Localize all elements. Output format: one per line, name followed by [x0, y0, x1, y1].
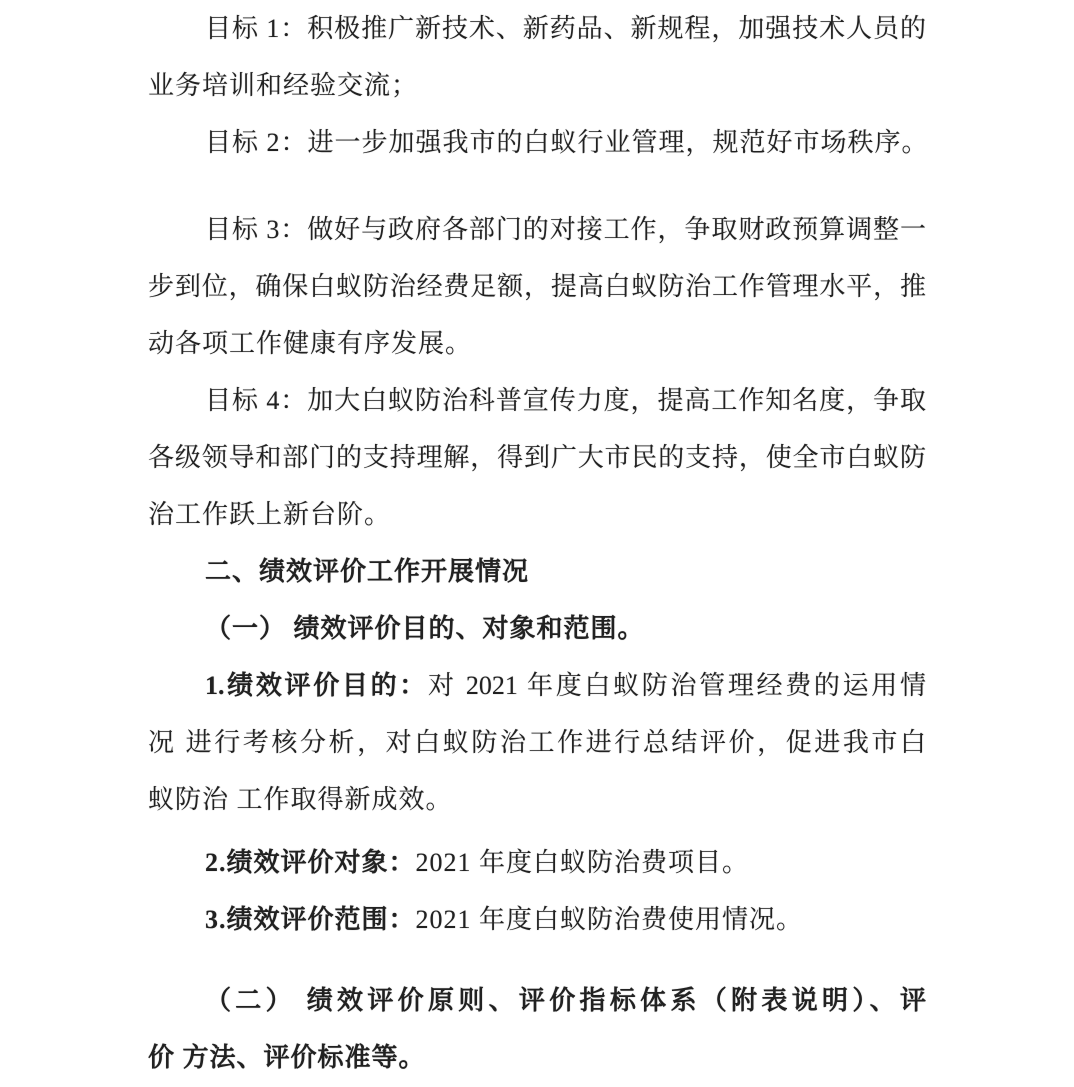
section2-sub1-heading: （一） 绩效评价目的、对象和范围。 — [148, 600, 926, 657]
item3-label: 3.绩效评价范围： — [205, 905, 416, 934]
item2-text: 2021 年度白蚁防治费项目。 — [416, 848, 750, 877]
item3-line: 3.绩效评价范围：2021 年度白蚁防治费使用情况。 — [148, 891, 926, 948]
item1-label: 1.绩效评价目的： — [205, 671, 428, 700]
goal4-line1: 目标 4：加大白蚁防治科普宣传力度，提高工作知名度，争取 — [148, 372, 926, 429]
goal3-line1: 目标 3：做好与政府各部门的对接工作，争取财政预算调整一 — [148, 201, 926, 258]
item3-text: 2021 年度白蚁防治费使用情况。 — [416, 905, 804, 934]
item1-line2: 况 进行考核分析，对白蚁防治工作进行总结评价，促进我市白 — [148, 714, 926, 771]
item1-text: 对 2021 年度白蚁防治管理经费的运用情 — [428, 671, 926, 700]
goal2-line1: 目标 2：进一步加强我市的白蚁行业管理，规范好市场秩序。 — [148, 114, 926, 171]
goal4-line3: 治工作跃上新台阶。 — [148, 486, 926, 543]
document-content: 目标 1：积极推广新技术、新药品、新规程，加强技术人员的 业务培训和经验交流； … — [0, 0, 1074, 1086]
section2-heading: 二、绩效评价工作开展情况 — [148, 543, 926, 600]
goal1-line2: 业务培训和经验交流； — [148, 57, 926, 114]
section2-sub2-heading-line2: 价 方法、评价标准等。 — [148, 1029, 926, 1086]
goal3-line3: 动各项工作健康有序发展。 — [148, 315, 926, 372]
document-page: 目标 1：积极推广新技术、新药品、新规程，加强技术人员的 业务培训和经验交流； … — [0, 0, 1074, 1087]
item1-line1: 1.绩效评价目的：对 2021 年度白蚁防治管理经费的运用情 — [148, 657, 926, 714]
goal3-line2: 步到位，确保白蚁防治经费足额，提高白蚁防治工作管理水平，推 — [148, 258, 926, 315]
goal1-line1: 目标 1：积极推广新技术、新药品、新规程，加强技术人员的 — [148, 0, 926, 57]
item2-line: 2.绩效评价对象：2021 年度白蚁防治费项目。 — [148, 834, 926, 891]
section2-sub2-heading-line1: （二） 绩效评价原则、评价指标体系（附表说明）、评 — [148, 972, 926, 1029]
item2-label: 2.绩效评价对象： — [205, 848, 416, 877]
item1-line3: 蚁防治 工作取得新成效。 — [148, 771, 926, 828]
goal4-line2: 各级领导和部门的支持理解，得到广大市民的支持，使全市白蚁防 — [148, 429, 926, 486]
